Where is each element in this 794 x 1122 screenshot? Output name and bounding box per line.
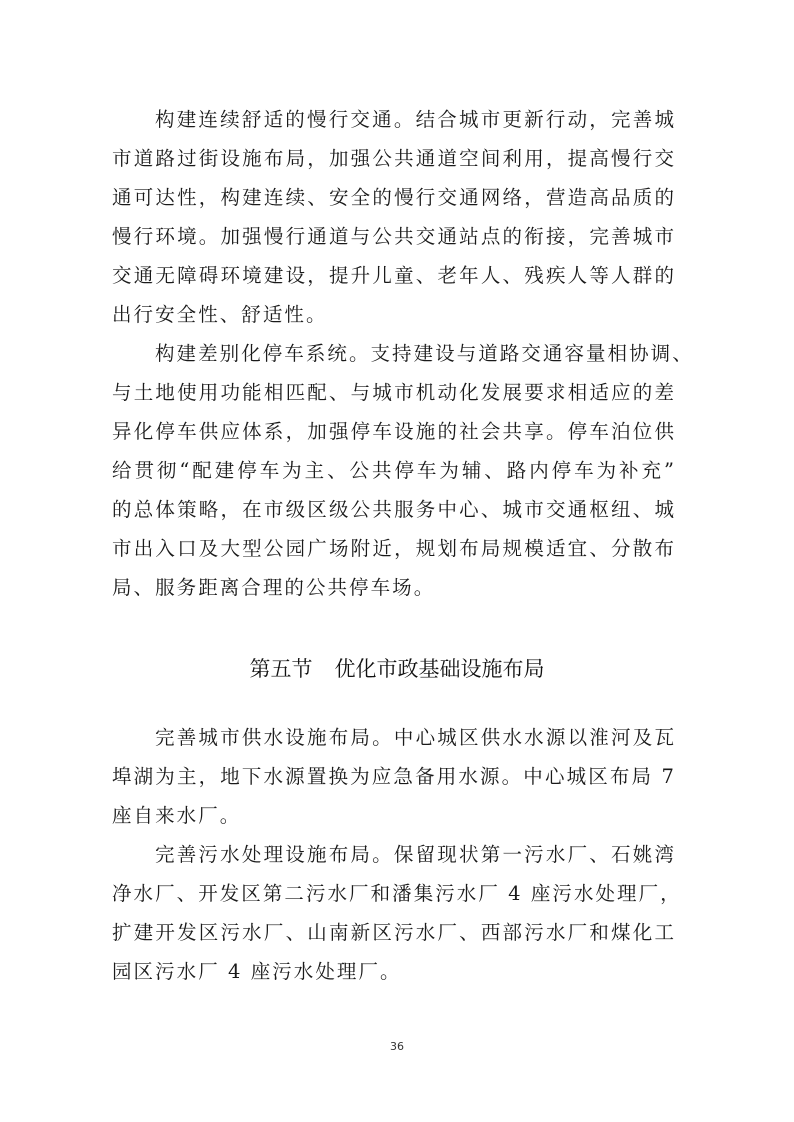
section-title: 优化市政基础设施布局 [335,657,545,681]
text-line: 与土地使用功能相匹配、与城市机动化发展要求相适应的差 [112,373,676,412]
text-line: 净水厂、开发区第二污水厂和潘集污水厂 4 座污水处理厂， [112,874,676,913]
text-line: 构建连续舒适的慢行交通。结合城市更新行动，完善城 [155,100,676,139]
text-line: 局、服务距离合理的公共停车场。 [112,568,676,607]
text-line: 给贯彻“配建停车为主、公共停车为辅、路内停车为补充” [112,451,676,490]
text-line: 市出入口及大型公园广场附近，规划布局规模适宜、分散布 [112,529,676,568]
text-line: 交通无障碍环境建设，提升儿童、老年人、残疾人等人群的 [112,256,676,295]
text-line: 通可达性，构建连续、安全的慢行交通网络，营造高品质的 [112,178,676,217]
text-line: 慢行环境。加强慢行通道与公共交通站点的衔接，完善城市 [112,217,676,256]
text-line: 构建差别化停车系统。支持建设与道路交通容量相协调、 [155,334,676,373]
document-page: 构建连续舒适的慢行交通。结合城市更新行动，完善城 市道路过街设施布局，加强公共通… [0,0,794,1122]
text-line: 扩建开发区污水厂、山南新区污水厂、西部污水厂和煤化工 [112,913,676,952]
text-line: 座自来水厂。 [112,796,676,835]
section-heading: 第五节优化市政基础设施布局 [0,651,794,687]
text-line: 的总体策略，在市级区级公共服务中心、城市交通枢纽、城 [112,490,676,529]
page-number: 36 [0,1040,794,1053]
text-line: 出行安全性、舒适性。 [112,295,676,334]
text-line: 埠湖为主，地下水源置换为应急备用水源。中心城区布局 7 [112,757,676,796]
text-line: 市道路过街设施布局，加强公共通道空间利用，提高慢行交 [112,139,676,178]
text-line: 完善城市供水设施布局。中心城区供水水源以淮河及瓦 [155,718,676,757]
section-number: 第五节 [250,657,313,681]
text-line: 异化停车供应体系，加强停车设施的社会共享。停车泊位供 [112,412,676,451]
text-line: 完善污水处理设施布局。保留现状第一污水厂、石姚湾 [155,835,676,874]
text-line: 园区污水厂 4 座污水处理厂。 [112,952,676,991]
